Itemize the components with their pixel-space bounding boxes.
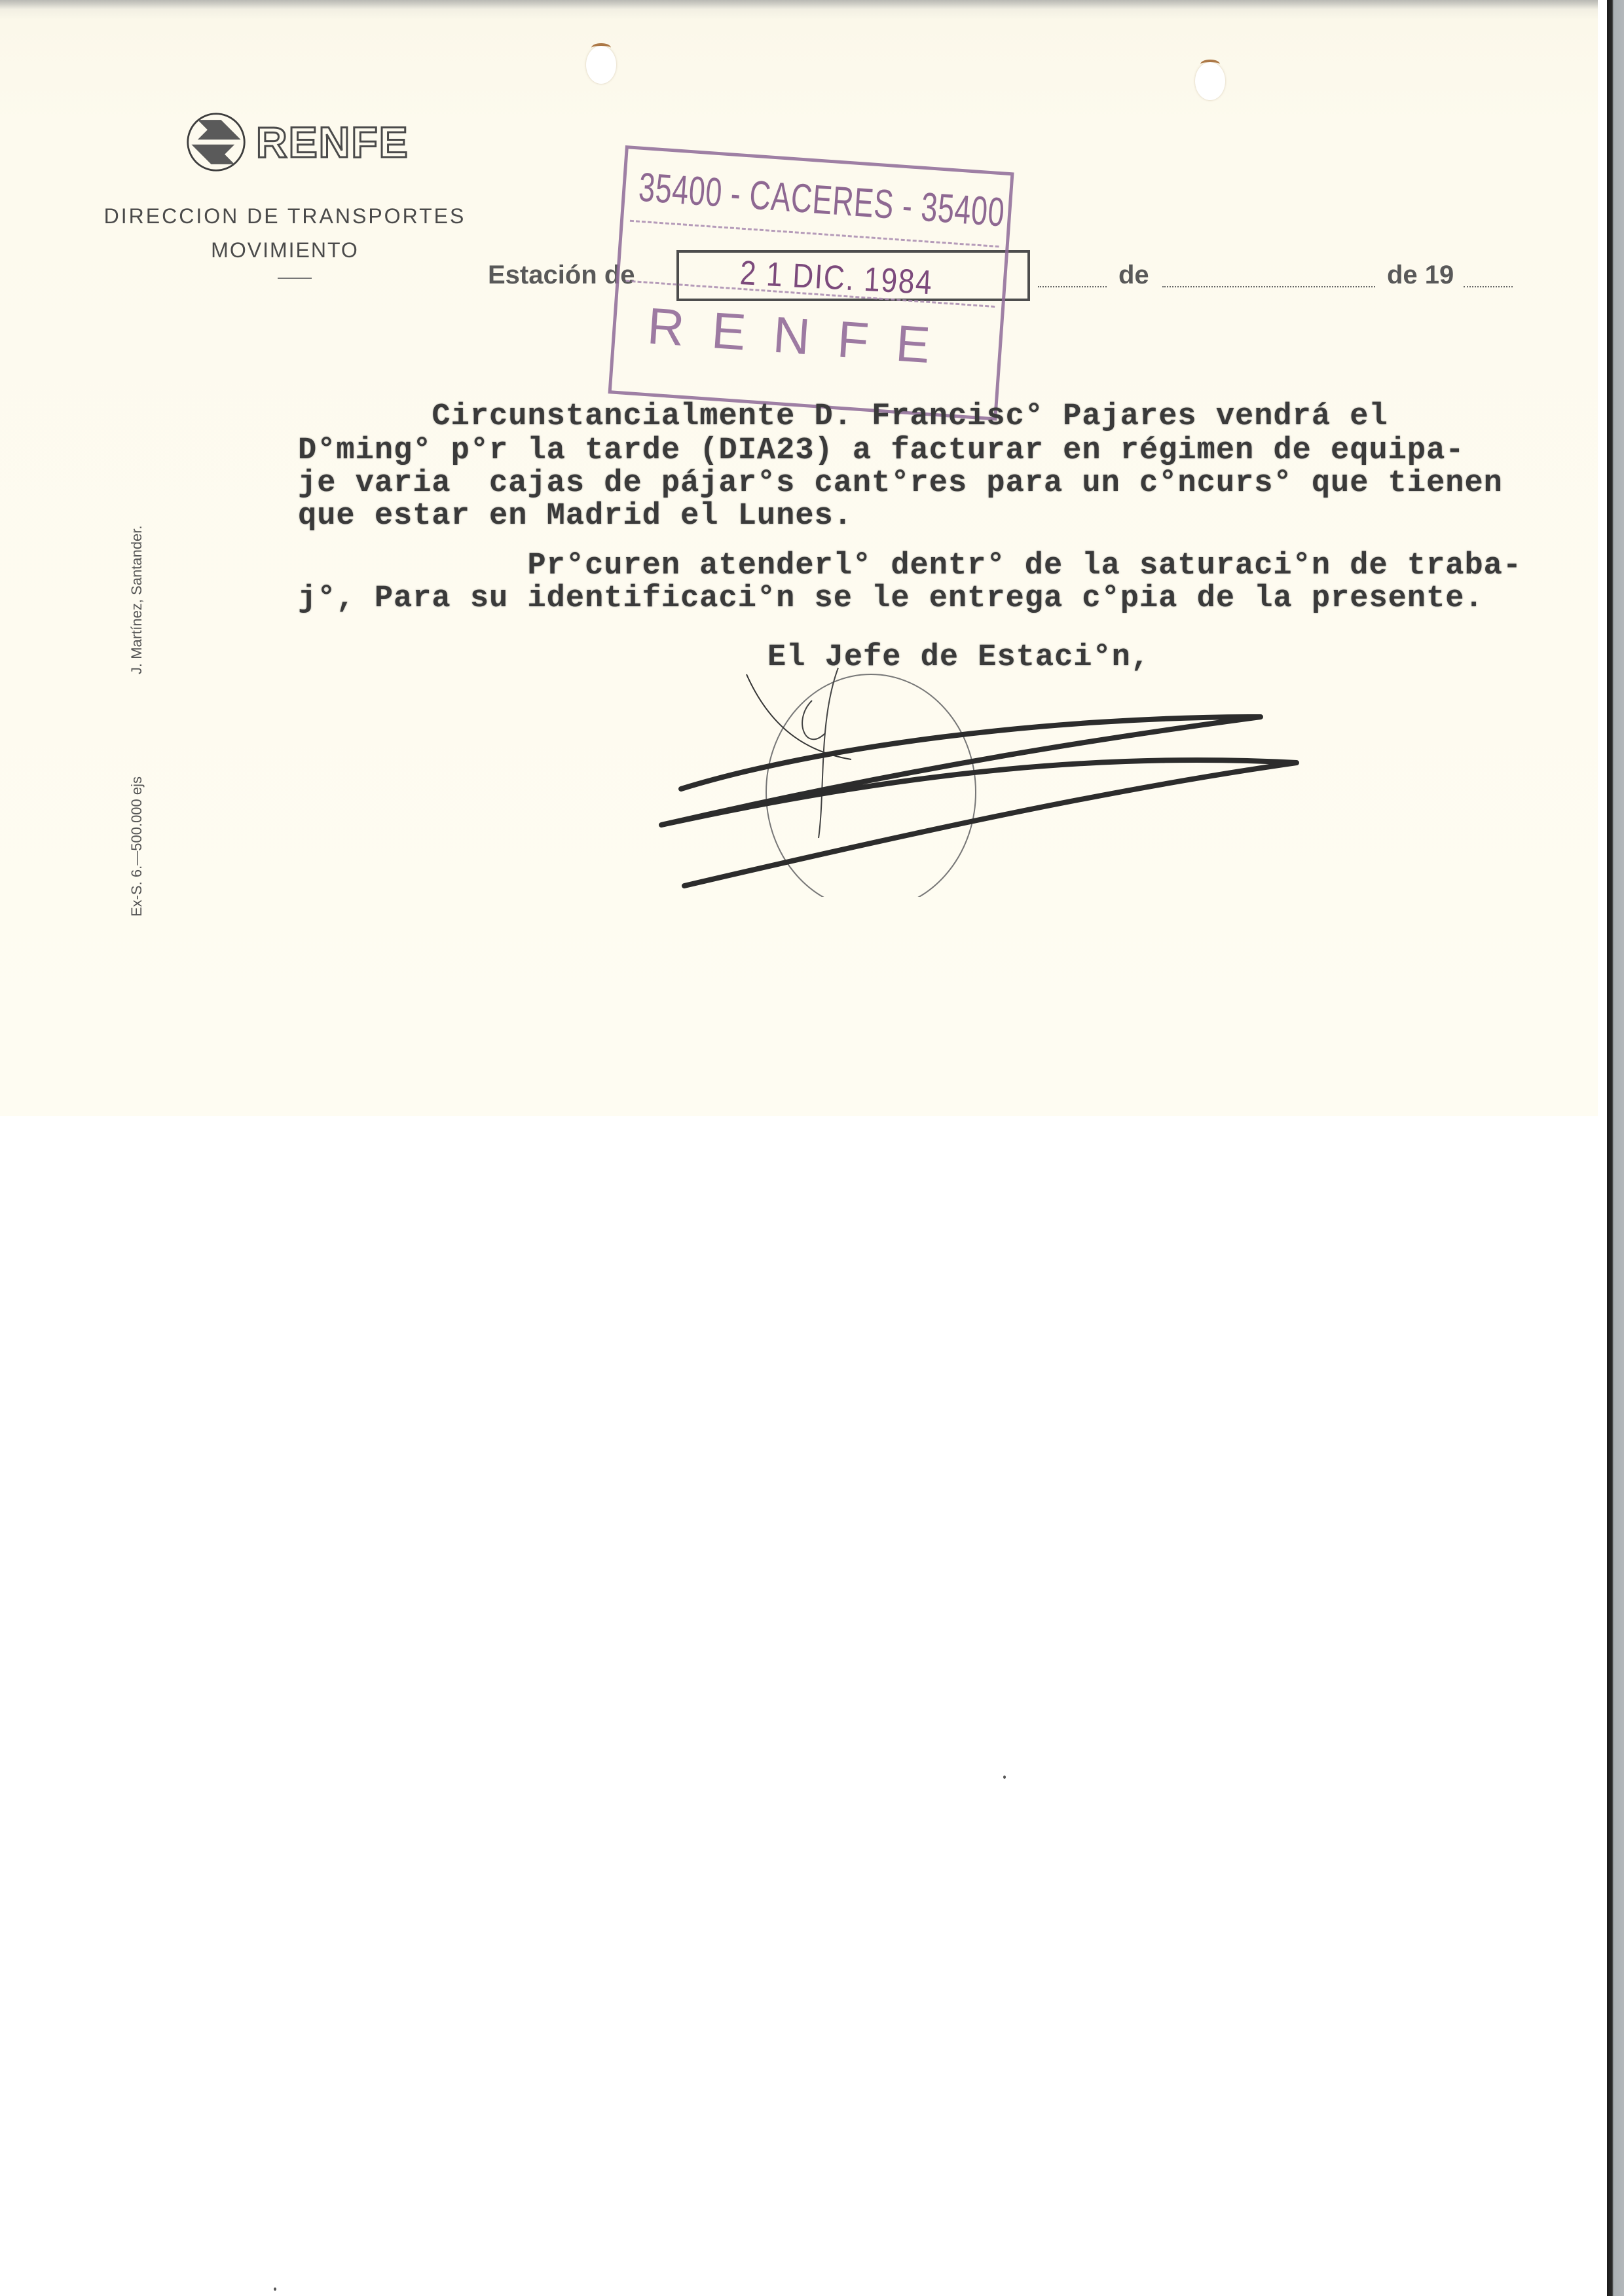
station-label: Estación de — [488, 261, 635, 290]
year-blank[interactable] — [1464, 286, 1513, 287]
stamp-renfe: RENFE — [646, 296, 960, 377]
station-stamp: 35400 - CACERES - 35400 RENFE — [608, 145, 1014, 421]
form-code-note: Ex-S. 6.—500.000 ejs — [128, 776, 145, 917]
punch-hole-icon — [1195, 62, 1225, 100]
renfe-logo: RENFE — [185, 111, 409, 173]
punch-hole-icon — [586, 46, 616, 84]
signature-icon — [655, 622, 1375, 897]
month-blank[interactable] — [1162, 286, 1375, 287]
body-line: j°, Para su identificaci°n se le entrega… — [298, 581, 1484, 616]
speck — [1003, 1776, 1006, 1779]
body-line: D°ming° p°r la tarde (DIA23) a facturar … — [298, 433, 1464, 468]
body-line: que estar en Madrid el Lunes. — [298, 499, 853, 534]
de-label: de — [1118, 261, 1149, 290]
day-blank[interactable] — [1038, 286, 1107, 287]
scan-edge — [1598, 0, 1624, 2296]
body-line: Circunstancialmente D. Francisc° Pajares… — [298, 399, 1388, 434]
body-line: je varia cajas de pájar°s cant°res para … — [298, 466, 1503, 501]
renfe-arrows-icon — [185, 111, 247, 173]
printer-note: J. Martínez, Santander. — [128, 526, 145, 674]
scan-top-shadow — [0, 0, 1598, 9]
year-label: de 19 — [1387, 261, 1454, 290]
logo-wordmark: RENFE — [256, 120, 409, 164]
header-divider — [278, 278, 312, 279]
body-line: Pr°curen atenderl° dentr° de la saturaci… — [298, 549, 1522, 583]
speck — [274, 2287, 276, 2291]
department-heading: DIRECCION DE TRANSPORTES — [98, 204, 471, 228]
section-heading: MOVIMIENTO — [98, 238, 471, 263]
